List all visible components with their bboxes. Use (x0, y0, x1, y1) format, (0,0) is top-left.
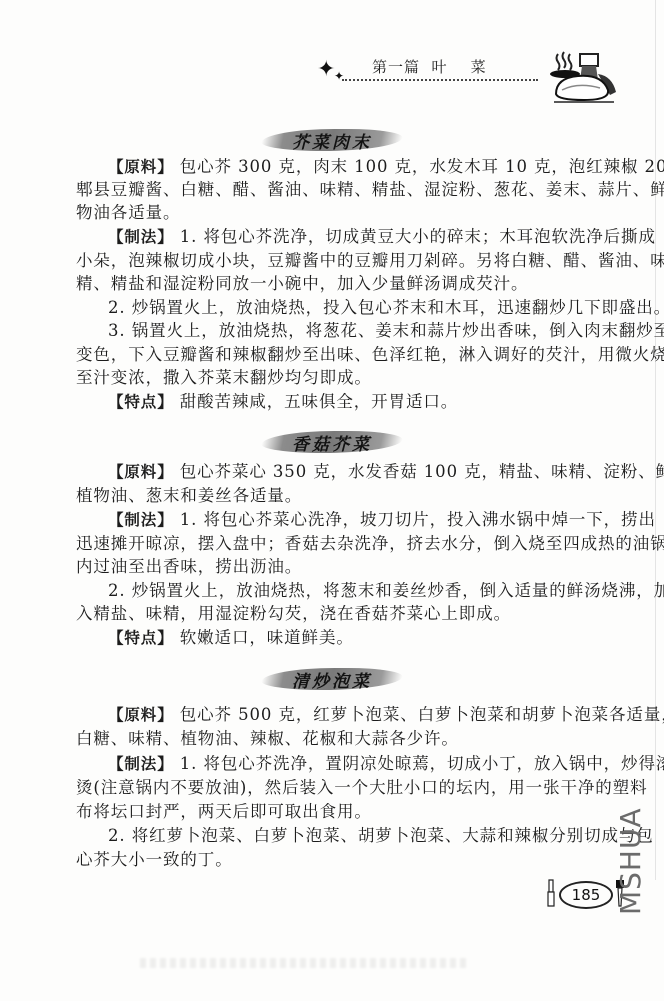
text-line: 物油各适量。 (76, 201, 621, 224)
ingredients-line: 【原料】 包心芥 500 克，红萝卜泡菜、白萝卜泡菜和胡萝卜泡菜各适量， (108, 703, 621, 726)
features-line: 【特点】 软嫩适口，味道鲜美。 (108, 626, 621, 649)
page-number: 185 (559, 881, 613, 909)
features-line: 【特点】 甜酸苦辣咸，五味俱全，开胃适口。 (108, 390, 621, 413)
text-line: 2. 炒锅置火上，放油烧热，投入包心芥末和木耳，迅速翻炒几下即盛出。 (108, 296, 621, 319)
sparkle-icon: ✦ (317, 59, 335, 81)
line-text: 甜酸苦辣咸，五味俱全，开胃适口。 (174, 392, 459, 411)
line-text: 包心芥 500 克，红萝卜泡菜、白萝卜泡菜和胡萝卜泡菜各适量， (174, 705, 664, 724)
text-line: 心芥大小一致的丁。 (76, 848, 621, 871)
knife-icon (547, 879, 555, 907)
section-label: 【原料】 (108, 158, 174, 176)
line-text: 包心芥菜心 350 克，水发香菇 100 克，精盐、味精、淀粉、鲜汤、 (174, 462, 664, 481)
recipe-title: 芥菜肉末 (292, 128, 372, 153)
section-label: 【制法】 (108, 511, 174, 529)
chef-with-dish-icon (548, 50, 632, 106)
watermark: MSHUA (614, 807, 647, 915)
section-label: 【制法】 (108, 755, 174, 773)
line-text: 1. 将包心芥洗净，切成黄豆大小的碎末；木耳泡软洗净后撕成 (174, 227, 656, 246)
section-label: 【原料】 (108, 463, 174, 481)
section-label: 【特点】 (108, 393, 174, 411)
bleed-through-text (140, 958, 470, 968)
recipe-title: 香菇芥菜 (292, 430, 372, 455)
recipe-title: 清炒泡菜 (292, 667, 372, 692)
text-line: 2. 将红萝卜泡菜、白萝卜泡菜、胡萝卜泡菜、大蒜和辣椒分别切成与包 (108, 824, 621, 847)
text-line: 小朵，泡辣椒切成小块，豆瓣酱中的豆瓣用刀剁碎。另将白糖、醋、酱油、味 (76, 249, 621, 272)
text-line: 郫县豆瓣酱、白糖、醋、酱油、味精、精盐、湿淀粉、葱花、姜末、蒜片、鲜汤和植 (76, 178, 621, 201)
method-line: 【制法】 1. 将包心芥菜心洗净，坡刀切片，投入沸水锅中焯一下，捞出 (108, 508, 621, 531)
text-line: 白糖、味精、植物油、辣椒、花椒和大蒜各少许。 (76, 727, 621, 750)
line-text: 1. 将包心芥菜心洗净，坡刀切片，投入沸水锅中焯一下，捞出 (174, 510, 656, 529)
text-line: 变色，下入豆瓣酱和辣椒翻炒至出味、色泽红艳，淋入调好的芡汁，用微火烧 (76, 343, 621, 366)
ingredients-line: 【原料】 包心芥 300 克，肉末 100 克，水发木耳 10 克，泡红辣椒 2… (108, 155, 621, 178)
text-line: 3. 锅置火上，放油烧热，将葱花、姜末和蒜片炒出香味，倒入肉末翻炒至 (108, 319, 621, 342)
method-line: 【制法】 1. 将包心芥洗净，切成黄豆大小的碎末；木耳泡软洗净后撕成 (108, 225, 621, 248)
line-text: 软嫩适口，味道鲜美。 (174, 628, 354, 647)
page-header: ✦ ✦ 第一篇 叶 菜 (0, 0, 664, 110)
text-line: 2. 炒锅置火上，放油烧热，将葱末和姜丝炒香，倒入适量的鲜汤烧沸，加 (108, 579, 621, 602)
text-line: 布将坛口封严，两天后即可取出食用。 (76, 800, 621, 823)
dotted-rule (342, 79, 538, 81)
text-line: 入精盐、味精，用湿淀粉勾芡，浇在香菇芥菜心上即成。 (76, 602, 621, 625)
ingredients-line: 【原料】 包心芥菜心 350 克，水发香菇 100 克，精盐、味精、淀粉、鲜汤、 (108, 460, 621, 483)
text-line: 烫(注意锅内不要放油)，然后装入一个大肚小口的坛内，用一张干净的塑料 (76, 776, 621, 799)
text-line: 精、精盐和湿淀粉同放一小碗中，加入少量鲜汤调成芡汁。 (76, 272, 621, 295)
method-line: 【制法】 1. 将包心芥洗净，置阴凉处晾蔫，切成小丁，放入锅中，炒得滚 (108, 752, 621, 775)
section-label: 【特点】 (108, 629, 174, 647)
text-line: 植物油、葱末和姜丝各适量。 (76, 484, 621, 507)
page-edge-line (655, 0, 656, 880)
section-label: 【制法】 (108, 228, 174, 246)
text-line: 迅速摊开晾凉，摆入盘中；香菇去杂洗净，挤去水分，倒入烧至四成热的油锅 (76, 532, 621, 555)
text-line: 内过油至出香味，捞出沥油。 (76, 555, 621, 578)
recipe-title-banner: 芥菜肉末 (262, 123, 402, 157)
line-text: 1. 将包心芥洗净，置阴凉处晾蔫，切成小丁，放入锅中，炒得滚 (174, 754, 664, 773)
section-label: 【原料】 (108, 706, 174, 724)
text-line: 至汁变浓，撒入芥菜末翻炒均匀即成。 (76, 366, 621, 389)
recipe-title-banner: 清炒泡菜 (262, 662, 402, 696)
line-text: 包心芥 300 克，肉末 100 克，水发木耳 10 克，泡红辣椒 20 克， (174, 157, 664, 176)
recipe-title-banner: 香菇芥菜 (262, 425, 402, 459)
chapter-title: 第一篇 叶 菜 (372, 56, 487, 77)
